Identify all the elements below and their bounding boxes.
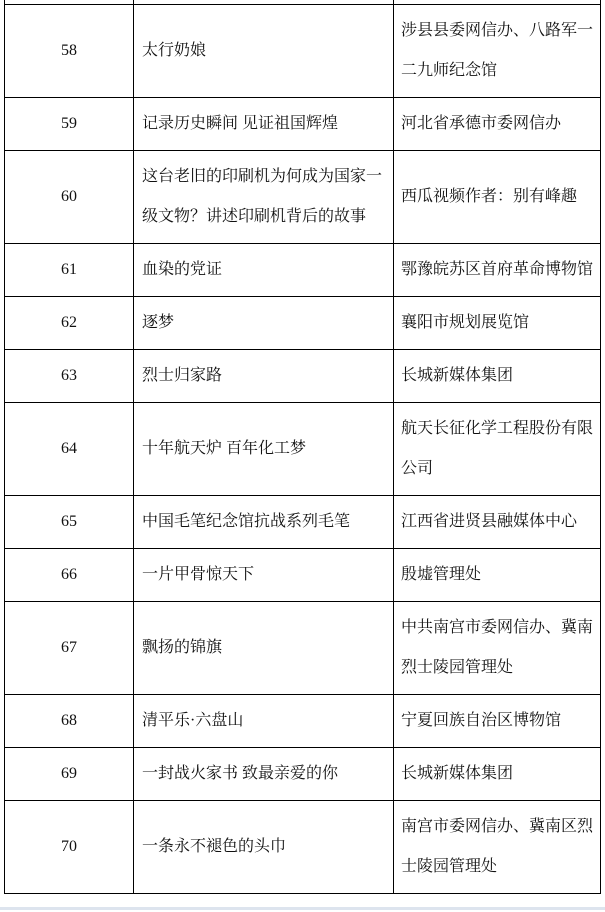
table-row: 60 这台老旧的印刷机为何成为国家一级文物？讲述印刷机背后的故事 西瓜视频作者：… bbox=[5, 150, 601, 243]
row-title-cell: 一片甲骨惊天下 bbox=[134, 548, 394, 601]
row-title-cell: 一条永不褪色的头巾 bbox=[134, 800, 394, 893]
row-organization-cell: 襄阳市规划展览馆 bbox=[394, 296, 601, 349]
row-title-cell: 中国毛笔纪念馆抗战系列毛笔 bbox=[134, 495, 394, 548]
row-number-cell: 62 bbox=[5, 296, 134, 349]
table-row: 63 烈士归家路 长城新媒体集团 bbox=[5, 349, 601, 402]
row-organization-cell: 鄂豫皖苏区首府革命博物馆 bbox=[394, 243, 601, 296]
row-title-cell: 飘扬的锦旗 bbox=[134, 601, 394, 694]
row-number-cell: 61 bbox=[5, 243, 134, 296]
row-title-cell: 烈士归家路 bbox=[134, 349, 394, 402]
table-row: 58 太行奶娘 涉县县委网信办、八路军一二九师纪念馆 bbox=[5, 4, 601, 97]
row-title-cell: 太行奶娘 bbox=[134, 4, 394, 97]
table-row: 67 飘扬的锦旗 中共南宫市委网信办、冀南烈士陵园管理处 bbox=[5, 601, 601, 694]
row-organization-cell: 宁夏回族自治区博物馆 bbox=[394, 694, 601, 747]
row-organization-cell: 长城新媒体集团 bbox=[394, 349, 601, 402]
row-organization-cell: 长城新媒体集团 bbox=[394, 747, 601, 800]
row-organization-cell: 涉县县委网信办、八路军一二九师纪念馆 bbox=[394, 4, 601, 97]
row-number-cell: 68 bbox=[5, 694, 134, 747]
table-row: 62 逐梦 襄阳市规划展览馆 bbox=[5, 296, 601, 349]
row-number-cell: 60 bbox=[5, 150, 134, 243]
row-number-cell: 69 bbox=[5, 747, 134, 800]
table-row: 59 记录历史瞬间 见证祖国辉煌 河北省承德市委网信办 bbox=[5, 97, 601, 150]
row-organization-cell: 江西省进贤县融媒体中心 bbox=[394, 495, 601, 548]
row-organization-cell: 西瓜视频作者：别有峰趣 bbox=[394, 150, 601, 243]
table-row: 64 十年航天炉 百年化工梦 航天长征化学工程股份有限公司 bbox=[5, 402, 601, 495]
document-page: 58 太行奶娘 涉县县委网信办、八路军一二九师纪念馆 59 记录历史瞬间 见证祖… bbox=[0, 0, 605, 912]
row-number-cell: 65 bbox=[5, 495, 134, 548]
row-number-cell: 59 bbox=[5, 97, 134, 150]
row-organization-cell: 航天长征化学工程股份有限公司 bbox=[394, 402, 601, 495]
row-organization-cell: 殷墟管理处 bbox=[394, 548, 601, 601]
table-row: 65 中国毛笔纪念馆抗战系列毛笔 江西省进贤县融媒体中心 bbox=[5, 495, 601, 548]
table-row: 61 血染的党证 鄂豫皖苏区首府革命博物馆 bbox=[5, 243, 601, 296]
row-organization-cell: 南宫市委网信办、冀南区烈士陵园管理处 bbox=[394, 800, 601, 893]
row-title-cell: 记录历史瞬间 见证祖国辉煌 bbox=[134, 97, 394, 150]
row-organization-cell: 中共南宫市委网信办、冀南烈士陵园管理处 bbox=[394, 601, 601, 694]
row-title-cell: 十年航天炉 百年化工梦 bbox=[134, 402, 394, 495]
entry-list-table: 58 太行奶娘 涉县县委网信办、八路军一二九师纪念馆 59 记录历史瞬间 见证祖… bbox=[4, 0, 601, 894]
row-number-cell: 66 bbox=[5, 548, 134, 601]
table-row: 66 一片甲骨惊天下 殷墟管理处 bbox=[5, 548, 601, 601]
row-title-cell: 一封战火家书 致最亲爱的你 bbox=[134, 747, 394, 800]
row-number-cell: 63 bbox=[5, 349, 134, 402]
row-organization-cell: 河北省承德市委网信办 bbox=[394, 97, 601, 150]
row-title-cell: 逐梦 bbox=[134, 296, 394, 349]
row-number-cell: 58 bbox=[5, 4, 134, 97]
row-title-cell: 这台老旧的印刷机为何成为国家一级文物？讲述印刷机背后的故事 bbox=[134, 150, 394, 243]
table-row: 68 清平乐·六盘山 宁夏回族自治区博物馆 bbox=[5, 694, 601, 747]
row-number-cell: 64 bbox=[5, 402, 134, 495]
page-edge-line bbox=[0, 907, 605, 910]
table-row: 69 一封战火家书 致最亲爱的你 长城新媒体集团 bbox=[5, 747, 601, 800]
row-number-cell: 67 bbox=[5, 601, 134, 694]
table-row: 70 一条永不褪色的头巾 南宫市委网信办、冀南区烈士陵园管理处 bbox=[5, 800, 601, 893]
row-title-cell: 血染的党证 bbox=[134, 243, 394, 296]
row-number-cell: 70 bbox=[5, 800, 134, 893]
row-title-cell: 清平乐·六盘山 bbox=[134, 694, 394, 747]
table-body: 58 太行奶娘 涉县县委网信办、八路军一二九师纪念馆 59 记录历史瞬间 见证祖… bbox=[5, 0, 601, 893]
